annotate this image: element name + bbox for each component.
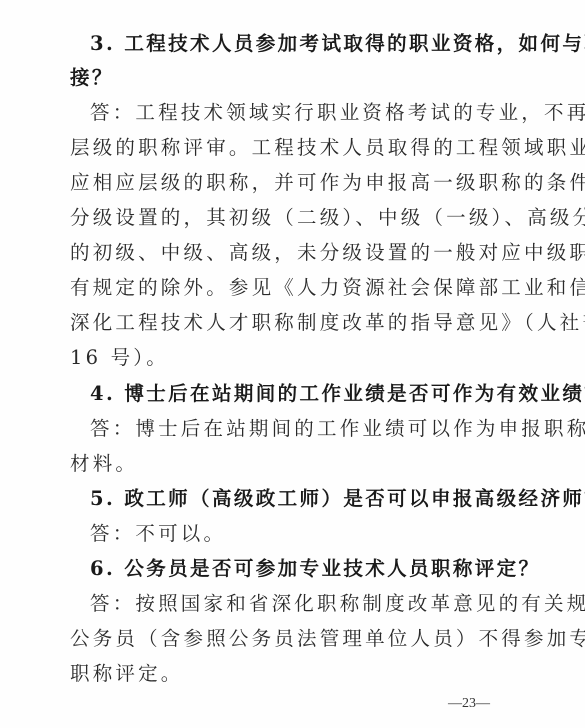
- answer-6-line-1: 答：按照国家和省深化职称制度改革意见的有关规定，国家: [90, 592, 585, 616]
- answer-3-line-5: 的初级、中级、高级，未分级设置的一般对应中级职称，国家另: [70, 241, 585, 265]
- answer-3-line-7: 深化工程技术人才职称制度改革的指导意见》（人社部发〔2019〕: [70, 311, 585, 335]
- document-page: 3. 工程技术人员参加考试取得的职业资格，如何与职称衔 接？ 答：工程技术领域实…: [0, 0, 585, 728]
- answer-3-line-4: 分级设置的，其初级（二级）、中级（一级）、高级分别对应职称: [70, 206, 585, 230]
- answer-3-line-8: 16 号）。: [70, 346, 169, 370]
- question-3-line-2: 接？: [70, 66, 114, 90]
- answer-4-line-2: 材料。: [70, 452, 138, 476]
- answer-4-line-1: 答：博士后在站期间的工作业绩可以作为申报职称评审有效: [90, 417, 585, 441]
- question-5: 5. 政工师（高级政工师）是否可以申报高级经济师？: [90, 487, 585, 511]
- answer-5: 答：不可以。: [90, 522, 226, 546]
- question-3-line-1: 3. 工程技术人员参加考试取得的职业资格，如何与职称衔: [90, 32, 585, 56]
- answer-3-line-1: 答：工程技术领域实行职业资格考试的专业，不再开展相应: [90, 101, 585, 125]
- answer-3-line-6: 有规定的除外。参见《人力资源社会保障部工业和信息化部关于: [70, 276, 585, 300]
- question-4: 4. 博士后在站期间的工作业绩是否可作为有效业绩？: [90, 382, 585, 406]
- question-6: 6. 公务员是否可参加专业技术人员职称评定？: [90, 557, 540, 581]
- answer-6-line-2: 公务员（含参照公务员法管理单位人员）不得参加专业技术人员: [70, 627, 585, 651]
- answer-3-line-3: 应相应层级的职称，并可作为申报高一级职称的条件。职业资格: [70, 171, 585, 195]
- answer-3-line-2: 层级的职称评审。工程技术人员取得的工程领域职业资格，可对: [70, 136, 585, 160]
- answer-6-line-3: 职称评定。: [70, 662, 184, 686]
- page-number: —23—: [448, 696, 490, 712]
